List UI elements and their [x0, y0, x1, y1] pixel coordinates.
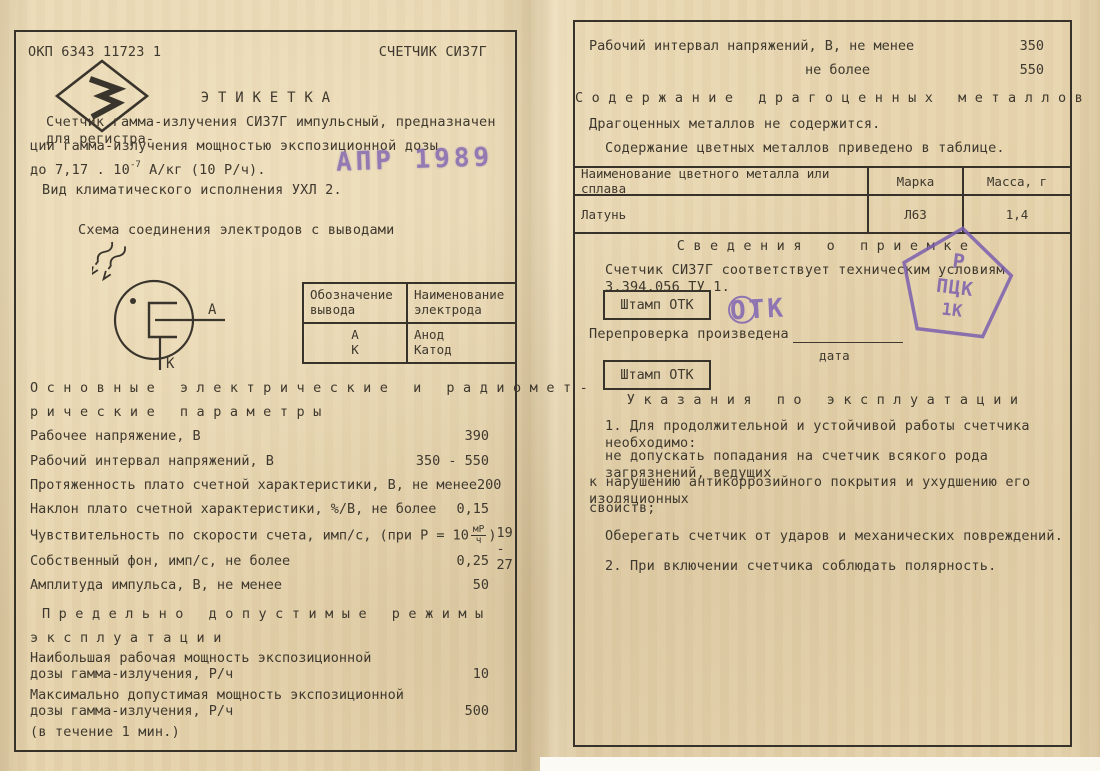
anode-label: А: [208, 302, 217, 318]
limits-heading-line-1: П р е д е л ь н о д о п у с т и м ы е р …: [42, 606, 483, 623]
gamma-rays-icon: [92, 240, 129, 284]
otk-stamp-box-1: Штамп ОТК: [603, 290, 711, 320]
metals-cell-name: Латунь: [575, 196, 869, 232]
recheck-date-caption: дата: [819, 348, 850, 364]
precious-metals-line-2: Содержание цветных металлов приведено в …: [605, 140, 1005, 157]
param-value: 50: [473, 577, 489, 593]
usage-item: 2. При включении счетчика соблюдать поля…: [605, 558, 996, 575]
schema-caption: Схема соединения электродов с выводами: [78, 222, 394, 239]
precious-metals-heading: С о д е р ж а н и е д р а г о ц е н н ы …: [575, 90, 1070, 107]
limits-heading-line-2: э к с п л у а т а ц и и: [30, 630, 222, 647]
param-value: 350 - 550: [416, 453, 489, 469]
precious-metals-line-1: Драгоценных металлов не содержится.: [589, 116, 880, 133]
interval-row-min: Рабочий интервал напряжений, В, не менее…: [589, 38, 1044, 54]
limit-row: Наибольшая рабочая мощность экспозиционн…: [30, 650, 489, 682]
pentagon-stamp-line-3: 1К: [940, 300, 964, 322]
param-row: Протяженность плато счетной характеристи…: [30, 477, 489, 493]
label-page-right: Рабочий интервал напряжений, В, не менее…: [573, 20, 1072, 747]
param-value: 390: [465, 428, 489, 444]
params-heading-line-2: р и ч е с к и е п а р а м е т р ы: [30, 404, 321, 421]
usage-item: 1. Для продолжительной и устойчивой рабо…: [605, 418, 1070, 452]
usage-item: Оберегать счетчик от ударов и механическ…: [605, 528, 1063, 545]
label-page-left: ОКП 6343 11723 1 СЧЕТЧИК СИ37Г Э Т И К Е…: [14, 30, 517, 752]
param-row: Амплитуда импульса, В, не менее 50: [30, 577, 489, 593]
limits-note: (в течение 1 мин.): [30, 724, 180, 741]
interval-row-max: не более 550: [589, 62, 1044, 78]
metals-header-name: Наименование цветного металла или сплава: [575, 168, 869, 196]
usage-item: свойств;: [589, 500, 656, 517]
limit-value: 10: [473, 666, 489, 682]
otk-stamp-text: ОТК: [729, 293, 786, 326]
param-row: Рабочее напряжение, В 390: [30, 428, 489, 444]
param-row: Наклон плато счетной характеристики, %/В…: [30, 501, 489, 517]
electrode-table-codes: А К: [304, 324, 408, 362]
limit-row: Максимально допустимая мощность экспозиц…: [30, 687, 489, 719]
date-ink-stamp: АПР 1989: [335, 141, 493, 179]
param-row: Рабочий интервал напряжений, В 350 - 550: [30, 453, 489, 469]
interval-min-value: 350: [1020, 38, 1044, 54]
interval-max-value: 550: [1020, 62, 1044, 78]
param-value: 0,25: [456, 553, 489, 569]
pentagon-quality-stamp: Р ПЦК 1К: [893, 220, 1019, 351]
recheck-label: Перепроверка произведена: [589, 326, 789, 343]
recheck-date-line: [793, 326, 903, 343]
electrode-table-header-2: Наименование электрода: [408, 284, 515, 324]
param-value: 19 - 27: [497, 525, 513, 573]
pentagon-stamp-line-1: Р: [951, 249, 966, 274]
exponent: -7: [130, 160, 141, 170]
usage-item: к нарушению антикоррозийного покрытия и …: [589, 474, 1070, 508]
param-row: Собственный фон, имп/с, не более 0,25: [30, 553, 489, 569]
param-value: 200: [477, 477, 501, 493]
metals-header-mass: Масса, г: [964, 168, 1070, 196]
electrode-table-names: Анод Катод: [408, 324, 515, 362]
limit-value: 500: [465, 703, 489, 719]
device-name-header: СЧЕТЧИК СИ37Г: [379, 44, 487, 61]
pentagon-stamp-line-2: ПЦК: [935, 275, 975, 301]
mr-per-hour-fraction: мРч: [471, 525, 486, 547]
scanner-edge-strip: [540, 757, 1100, 771]
cathode-label: К: [166, 356, 175, 372]
param-value: 0,15: [456, 501, 489, 517]
electrode-table-header-1: Обозначение вывода: [304, 284, 408, 324]
metals-header-grade: Марка: [869, 168, 964, 196]
params-heading-line-1: О с н о в н ы е э л е к т р и ч е с к и …: [30, 380, 588, 397]
usage-heading: У к а з а н и я п о э к с п л у а т а ц …: [575, 392, 1070, 409]
otk-stamp-box-2: Штамп ОТК: [603, 360, 711, 390]
page-title: Э Т И К Е Т К А: [16, 90, 515, 108]
intro-line-3: до 7,17 . 10-7 А/кг (10 Р/ч).: [30, 160, 266, 179]
intro-line-4: Вид климатического исполнения УХЛ 2.: [42, 182, 342, 199]
electrode-table: Обозначение вывода Наименование электрод…: [302, 282, 517, 364]
tube-connection-diagram: А К: [92, 240, 234, 379]
